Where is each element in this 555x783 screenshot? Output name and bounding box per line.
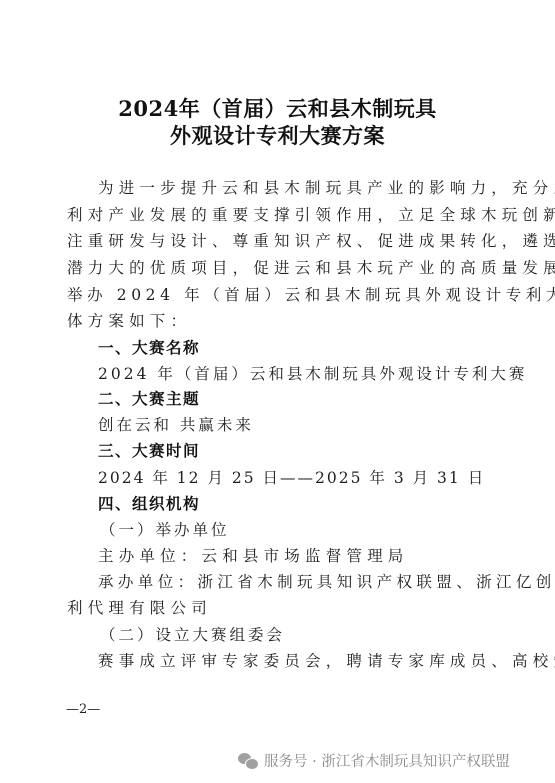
intro-paragraph-line: 利对产业发展的重要支撑引领作用，立足全球木玩创新中心、 bbox=[67, 205, 477, 225]
footer-source-text: 服务号 · 浙江省木制玩具知识产权联盟 bbox=[264, 750, 510, 771]
organizer-unit-line-2: 利代理有限公司 bbox=[67, 598, 477, 618]
page-number: —2— bbox=[66, 702, 100, 717]
document-title-line-2: 外观设计专利大赛方案 bbox=[0, 123, 555, 149]
host-unit-line: 主办单位：云和县市场监督管理局 bbox=[98, 546, 508, 566]
document-title-line-1: 2024年（首届）云和县木制玩具 bbox=[0, 96, 555, 122]
committee-line-1: 赛事成立评审专家委员会，聘请专家库成员、高校知名教 bbox=[98, 651, 508, 671]
intro-paragraph-line: 体方案如下： bbox=[67, 311, 477, 331]
section-heading-time: 三、大赛时间 bbox=[98, 441, 200, 461]
source-footer: 服务号 · 浙江省木制玩具知识产权联盟 bbox=[238, 750, 510, 771]
section-heading-theme: 二、大赛主题 bbox=[98, 389, 200, 409]
section-content-time: 2024 年 12 月 25 日——2025 年 3 月 31 日 bbox=[98, 468, 508, 488]
intro-paragraph-line: 潜力大的优质项目，促进云和县木玩产业的高质量发展，决定 bbox=[67, 258, 477, 278]
subsection-heading-host-units: （一）举办单位 bbox=[100, 520, 510, 540]
subsection-heading-committee: （二）设立大赛组委会 bbox=[100, 625, 510, 645]
document-page: 2024年（首届）云和县木制玩具 外观设计专利大赛方案 为进一步提升云和县木制玩… bbox=[0, 0, 555, 783]
section-heading-organization: 四、组织机构 bbox=[98, 494, 200, 514]
intro-paragraph-line: 举办 2024 年（首届）云和县木制玩具外观设计专利大赛，具 bbox=[67, 285, 477, 305]
section-content-theme: 创在云和 共赢未来 bbox=[98, 415, 508, 435]
section-heading-name: 一、大赛名称 bbox=[98, 338, 200, 358]
section-content-name: 2024 年（首届）云和县木制玩具外观设计专利大赛 bbox=[98, 364, 508, 384]
organizer-unit-line-1: 承办单位：浙江省木制玩具知识产权联盟、浙江亿创果专 bbox=[98, 572, 508, 592]
intro-paragraph-line: 注重研发与设计、尊重知识产权、促进成果转化，遴选出市场 bbox=[67, 231, 477, 251]
intro-paragraph-line: 为进一步提升云和县木制玩具产业的影响力，充分发挥专 bbox=[98, 178, 508, 198]
wechat-icon bbox=[238, 753, 258, 769]
